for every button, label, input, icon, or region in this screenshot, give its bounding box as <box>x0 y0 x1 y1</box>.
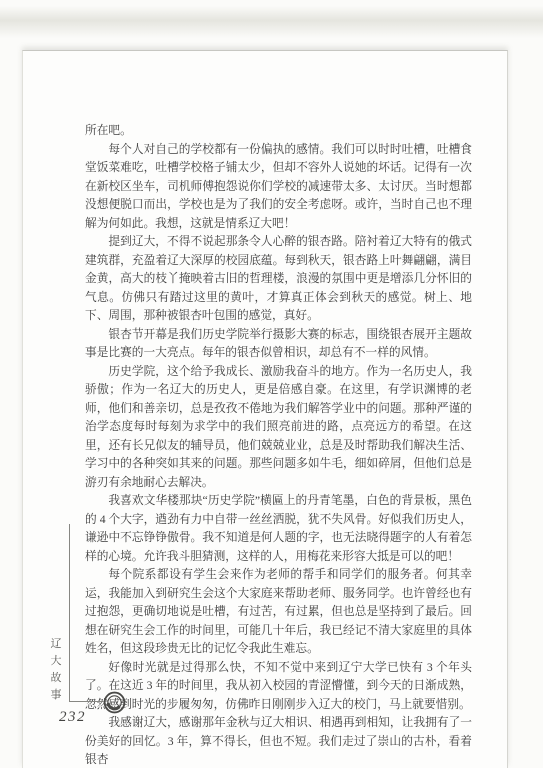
paragraph: 我感谢辽大，感谢那年金秋与辽大相识、相遇再到相知，让我拥有了一份美好的回忆。3 … <box>85 714 472 768</box>
side-tab-char: 故 <box>51 670 62 687</box>
scan-edge-artifact <box>0 6 543 38</box>
paragraph: 银杏节开幕是我们历史学院举行摄影大赛的标志，围绕银杏展开主题故事是比赛的一大亮点… <box>85 326 472 363</box>
side-tab-char: 辽 <box>51 636 62 653</box>
side-tab-char: 大 <box>51 653 62 670</box>
side-tab-bracket-line <box>69 701 103 702</box>
paragraph: 提到辽大，不得不说起那条令人心醉的银杏路。陪衬着辽大特有的俄式建筑群，充盈着辽大… <box>85 233 472 326</box>
scanned-book-page: 所在吧。 每个人对自己的学校都有一份偏执的感情。我们可以时时吐槽，吐槽食堂饭菜难… <box>0 0 543 768</box>
paragraph: 好像时光就是过得那么快，不知不觉中来到辽宁大学已快有 3 个年头了。在这近 3 … <box>85 659 472 715</box>
paragraph: 每个院系都设有学生会来作为老师的帮手和同学们的服务者。何其幸运，我能加入到研究生… <box>85 566 472 659</box>
side-tab-char: 事 <box>51 687 62 704</box>
side-tab-label: 辽 大 故 事 <box>49 636 63 704</box>
body-text: 所在吧。 每个人对自己的学校都有一份偏执的感情。我们可以时时吐槽，吐槽食堂饭菜难… <box>85 122 472 768</box>
page-sheet: 所在吧。 每个人对自己的学校都有一份偏执的感情。我们可以时时吐槽，吐槽食堂饭菜难… <box>22 50 508 768</box>
circular-ornament-icon <box>102 690 127 715</box>
paragraph: 历史学院，这个给予我成长、激励我奋斗的地方。作为一名历史人，我骄傲；作为一名辽大… <box>85 363 472 493</box>
side-tab-bracket-line <box>69 524 70 702</box>
page-number: 232 <box>59 709 86 726</box>
paragraph: 每个人对自己的学校都有一份偏执的感情。我们可以时时吐槽，吐槽食堂饭菜难吃，吐槽学… <box>85 141 472 234</box>
paragraph: 我喜欢文华楼那块“历史学院”横匾上的丹青笔墨，白色的背景板，黑色的 4 个大字，… <box>85 492 472 566</box>
paragraph: 所在吧。 <box>85 122 472 141</box>
